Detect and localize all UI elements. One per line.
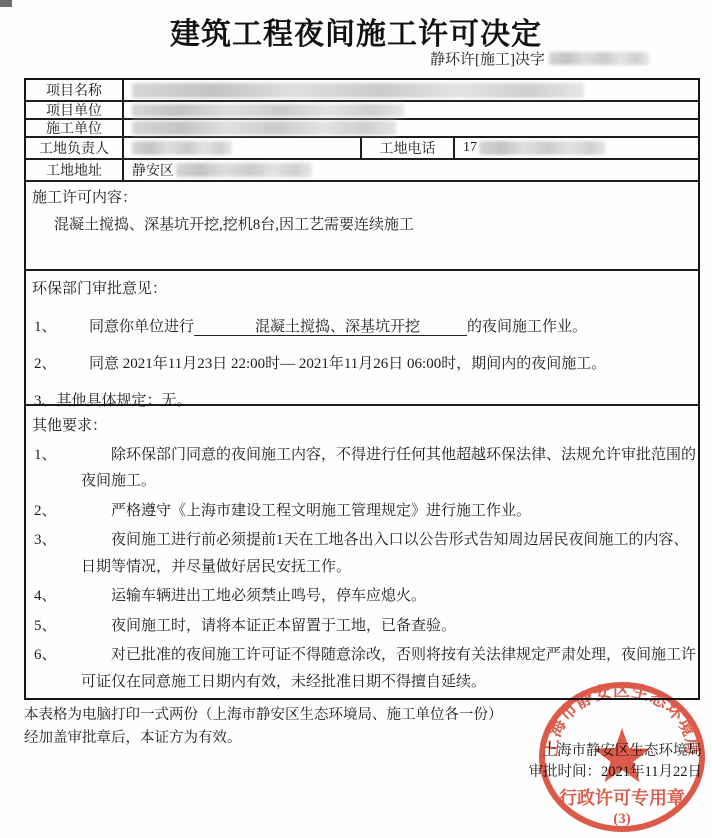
- doc-number-line: 静环许[施工]决字: [430, 48, 649, 69]
- site-manager-value: [124, 138, 360, 158]
- requirement-3-text: 夜间施工进行前必须提前1天在工地各出入口以公告形式告知周边居民夜间施工的内容、日…: [81, 532, 689, 575]
- approval-item-1-no: 1、: [34, 315, 89, 336]
- row-project-unit: 项目单位: [26, 102, 698, 120]
- site-address-value: 静安区: [124, 160, 698, 180]
- footer-note-line2: 经加盖审批章后，本证方为有效。: [24, 727, 503, 750]
- star-icon: [594, 728, 651, 782]
- construction-unit-label: 施工单位: [26, 120, 124, 136]
- permit-table: 项目名称 项目单位 施工单位 工地负责人 工地电话 17: [24, 78, 700, 700]
- site-phone-value: 17: [455, 138, 698, 158]
- row-site-address: 工地地址 静安区: [26, 160, 698, 182]
- approval-item-2-no: 2、: [34, 352, 89, 373]
- requirement-item: 3、 夜间施工进行前必须提前1天在工地各出入口以公告形式告知周边居民夜间施工的内…: [26, 527, 698, 580]
- redacted-project-name: [132, 83, 584, 98]
- requirement-5-no: 5、: [34, 613, 57, 640]
- permit-content-body: 混凝土搅捣、深基坑开挖,挖机8台,因工艺需要连续施工: [32, 214, 688, 237]
- other-requirements-heading: 其他要求：: [32, 414, 698, 438]
- row-construction-unit: 施工单位: [26, 120, 698, 138]
- requirement-2-text: 严格遵守《上海市建设工程文明施工管理规定》进行施工作业。: [111, 503, 531, 519]
- row-project-name: 项目名称: [26, 80, 698, 102]
- approval-item-1-post: 的夜间施工作业。: [467, 319, 587, 335]
- requirement-item: 1、 除环保部门同意的夜间施工内容，不得进行任何其他超越环保法律、法规允许审批范…: [26, 442, 698, 495]
- doc-number-label: 静环许[施工]决字: [430, 48, 545, 69]
- requirement-item: 4、 运输车辆进出工地必须禁止鸣号，停车应熄火。: [26, 583, 698, 610]
- requirement-4-text: 运输车辆进出工地必须禁止鸣号，停车应熄火。: [111, 588, 426, 604]
- row-permit-content: 施工许可内容： 混凝土搅捣、深基坑开挖,挖机8台,因工艺需要连续施工: [26, 182, 698, 271]
- requirement-2-no: 2、: [34, 498, 57, 525]
- redacted-site-phone: [479, 141, 605, 155]
- requirement-item: 5、 夜间施工时，请将本证正本留置于工地，已备查验。: [26, 613, 698, 640]
- redacted-site-manager: [132, 141, 232, 155]
- stamp-number: (3): [613, 811, 631, 827]
- row-site-manager: 工地负责人 工地电话 17: [26, 138, 698, 160]
- stamp-center-text: 行政许可专用章: [559, 787, 685, 808]
- site-address-prefix: 静安区: [132, 160, 174, 180]
- footer-notes: 本表格为电脑打印一式两份（上海市静安区生态环境局、施工单位各一份） 经加盖审批章…: [24, 704, 503, 749]
- row-approval-opinion: 环保部门审批意见： 1、 同意你单位进行混凝土搅捣、深基坑开挖的夜间施工作业。 …: [26, 271, 698, 406]
- requirement-1-text: 除环保部门同意的夜间施工内容，不得进行任何其他超越环保法律、法规允许审批范围的夜…: [81, 447, 696, 490]
- approval-heading: 环保部门审批意见：: [32, 277, 698, 301]
- permit-document-page: 建筑工程夜间施工许可决定 静环许[施工]决字 项目名称 项目单位 施工单位 工地…: [0, 0, 712, 838]
- permit-content-heading: 施工许可内容：: [32, 187, 688, 210]
- approval-item-1-text: 同意你单位进行混凝土搅捣、深基坑开挖的夜间施工作业。: [89, 315, 587, 336]
- redacted-site-address: [176, 163, 312, 177]
- approval-item-2-text: 同意 2021年11月23日 22:00时— 2021年11月26日 06:00…: [89, 352, 606, 373]
- row-other-requirements: 其他要求： 1、 除环保部门同意的夜间施工内容，不得进行任何其他超越环保法律、法…: [26, 406, 698, 699]
- construction-unit-value: [124, 120, 698, 136]
- site-phone-prefix: 17: [463, 140, 477, 156]
- site-address-label: 工地地址: [26, 160, 124, 180]
- redacted-doc-number: [549, 52, 649, 65]
- approval-item-1-pre: 同意你单位进行: [89, 319, 194, 335]
- requirement-3-no: 3、: [34, 527, 57, 554]
- requirement-4-no: 4、: [34, 583, 57, 610]
- approval-item-1-underlined: 混凝土搅捣、深基坑开挖: [252, 319, 423, 336]
- requirement-item: 2、 严格遵守《上海市建设工程文明施工管理规定》进行施工作业。: [26, 498, 698, 525]
- scan-artifact: [0, 0, 12, 7]
- page-title: 建筑工程夜间施工许可决定: [0, 9, 712, 53]
- project-unit-label: 项目单位: [26, 102, 124, 118]
- permit-content-cell: 施工许可内容： 混凝土搅捣、深基坑开挖,挖机8台,因工艺需要连续施工: [26, 182, 698, 237]
- requirement-1-no: 1、: [34, 442, 57, 469]
- redacted-project-unit: [132, 104, 404, 117]
- requirement-6-no: 6、: [34, 642, 57, 669]
- approval-item-1: 1、 同意你单位进行混凝土搅捣、深基坑开挖的夜间施工作业。: [26, 315, 698, 336]
- requirement-5-text: 夜间施工时，请将本证正本留置于工地，已备查验。: [111, 618, 456, 634]
- approval-blank-right: [423, 319, 467, 336]
- approval-item-2: 2、 同意 2021年11月23日 22:00时— 2021年11月26日 06…: [26, 352, 698, 373]
- approval-blank-left: [194, 319, 252, 336]
- redacted-construction-unit: [132, 121, 396, 135]
- site-manager-label: 工地负责人: [26, 138, 124, 158]
- site-phone-label: 工地电话: [360, 138, 455, 158]
- project-name-label: 项目名称: [26, 80, 124, 100]
- project-name-value: [124, 80, 698, 100]
- project-unit-value: [124, 102, 698, 118]
- footer-note-line1: 本表格为电脑打印一式两份（上海市静安区生态环境局、施工单位各一份）: [24, 704, 503, 727]
- official-stamp: 上海市静安区生态环境局 行政许可专用章 (3): [537, 680, 707, 836]
